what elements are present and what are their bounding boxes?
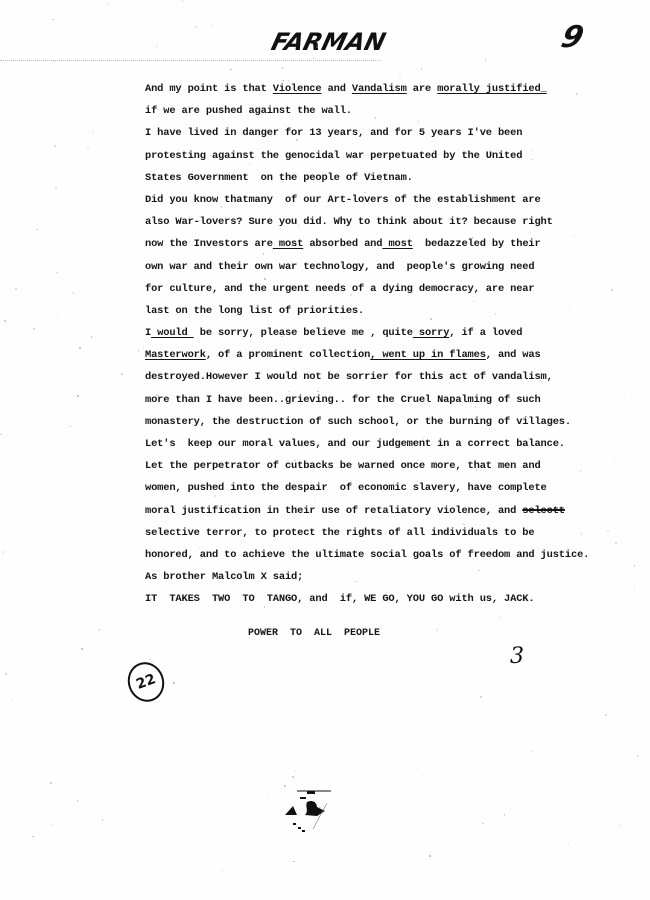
text-segment: monastery, the destruction of such schoo… [145,416,571,428]
noise-speck [121,373,123,375]
text-segment: now the Investors are [145,238,273,250]
noise-speck [338,280,340,282]
noise-speck [151,661,153,663]
text-segment: selective terror, to protect the rights … [145,527,534,539]
noise-speck [99,629,101,631]
noise-speck [313,57,315,59]
noise-speck [282,80,284,82]
noise-speck [15,288,17,290]
underlined-text: Violence [273,83,322,95]
noise-speck [264,278,266,280]
text-line: destroyed.However I would not be sorrier… [145,366,585,388]
noise-speck [87,146,89,148]
text-segment: and [321,83,351,95]
noise-speck [51,824,53,826]
text-segment: Let's keep our moral values, and our jud… [145,438,565,450]
noise-speck [318,373,320,375]
noise-speck [430,318,432,320]
text-line: Masterwork, of a prominent collection, w… [145,344,585,366]
noise-speck [0,434,2,436]
text-line: for culture, and the urgent needs of a d… [145,278,585,300]
noise-speck [574,235,576,237]
noise-speck [318,394,320,396]
text-line: if we are pushed against the wall. [145,100,585,122]
noise-speck [607,530,609,532]
noise-speck [53,61,55,63]
noise-speck [506,630,508,632]
noise-speck [77,395,79,397]
text-line: selective terror, to protect the rights … [145,522,585,544]
noise-speck [81,648,83,650]
noise-speck [70,425,72,427]
text-segment: destroyed.However I would not be sorrier… [145,371,553,383]
text-segment: , of a prominent collection [206,349,370,361]
noise-speck [615,542,617,544]
text-segment: Let the perpetrator of cutbacks be warne… [145,460,541,472]
noise-speck [149,659,151,661]
text-line: women, pushed into the despair of econom… [145,477,585,499]
noise-speck [50,782,52,784]
noise-speck [364,192,366,194]
text-segment: Did you know thatmany of our Art-lovers … [145,194,541,206]
noise-speck [499,617,501,619]
text-line: And my point is that Violence and Vandal… [145,78,585,100]
noise-speck [150,598,152,600]
noise-speck [138,350,140,352]
text-segment: I have lived in danger for 13 years, and… [145,127,522,139]
text-segment: protesting against the genocidal war per… [145,150,522,162]
noise-speck [282,67,284,69]
noise-speck [433,150,435,152]
text-segment: women, pushed into the despair of econom… [145,482,547,494]
noise-speck [156,45,158,47]
underlined-text: most [273,238,303,250]
document-page: FARMAN 9 And my point is that Violence a… [0,0,650,900]
noise-speck [634,586,636,588]
noise-speck [56,272,58,274]
noise-speck [576,93,578,95]
underlined-text: most [382,238,412,250]
text-segment: own war and their own war technology, an… [145,261,534,273]
noise-speck [350,294,352,296]
noise-speck [568,844,570,846]
noise-speck [421,68,423,70]
text-line: monastery, the destruction of such schoo… [145,411,585,433]
noise-speck [107,3,109,5]
text-line: As brother Malcolm X said; [145,566,585,588]
noise-speck [5,673,7,675]
noise-speck [463,524,465,526]
noise-speck [91,336,93,338]
noise-speck [293,861,295,863]
text-segment: if we are pushed against the wall. [145,105,352,117]
noise-speck [436,629,438,631]
noise-speck [355,581,357,583]
header-divider [0,60,380,61]
text-segment: , if a loved [449,327,522,339]
text-segment: also War-lovers? Sure you did. Why to th… [145,216,553,228]
text-segment: last on the long list of priorities. [145,305,364,317]
noise-speck [55,187,57,189]
handwritten-page-number: 9 [558,20,589,55]
text-line: more than I have been..grieving.. for th… [145,389,585,411]
noise-speck [267,796,269,798]
noise-speck [319,807,321,809]
text-segment: moral justification in their use of reta… [145,505,522,517]
text-segment: As brother Malcolm X said; [145,571,303,583]
noise-speck [532,750,534,752]
noise-speck [375,117,377,119]
noise-speck [281,336,283,338]
noise-speck [605,714,607,716]
noise-speck [33,328,35,330]
underlined-text: morally justified_ [437,83,547,95]
noise-speck [92,131,94,133]
underlined-text: sorry [413,327,450,339]
text-line: also War-lovers? Sure you did. Why to th… [145,211,585,233]
circled-number-text: 22 [134,671,158,693]
noise-speck [288,80,290,82]
noise-speck [32,836,34,838]
noise-speck [2,551,4,553]
noise-speck [475,406,477,408]
noise-speck [637,755,639,757]
noise-speck [504,814,506,816]
text-segment: bedazzeled by their [413,238,541,250]
noise-speck [77,800,79,802]
closing-slogan: POWER TO ALL PEOPLE [248,628,380,639]
text-segment: are [407,83,437,95]
text-line: moral justification in their use of reta… [145,500,585,522]
text-line: last on the long list of priorities. [145,300,585,322]
noise-speck [182,0,184,2]
noise-speck [429,855,431,857]
noise-speck [147,263,149,265]
text-segment: be sorry, please believe me , quite [194,327,413,339]
noise-speck [423,774,425,776]
text-segment: , and was [486,349,541,361]
struck-text: selectt [522,505,565,517]
noise-speck [222,870,224,872]
stamp-mark-icon [283,785,343,840]
noise-speck [156,394,158,396]
noise-speck [19,478,21,480]
noise-speck [476,469,478,471]
noise-speck [620,825,622,827]
text-line: I would be sorry, please believe me , qu… [145,322,585,344]
text-line: own war and their own war technology, an… [145,256,585,278]
handwritten-three: 3 [510,644,525,669]
noise-speck [365,813,367,815]
noise-speck [102,819,104,821]
noise-speck [212,24,214,26]
text-segment: absorbed and [303,238,382,250]
underlined-text: Vandalism [352,83,407,95]
text-segment: States Government on the people of Vietn… [145,172,413,184]
noise-speck [611,289,613,291]
noise-speck [57,314,59,316]
noise-speck [449,682,451,684]
text-segment: honored, and to achieve the ultimate soc… [145,549,589,561]
noise-speck [631,397,633,399]
text-line: protesting against the genocidal war per… [145,145,585,167]
noise-speck [569,307,571,309]
noise-speck [292,776,294,778]
noise-speck [316,46,318,48]
noise-speck [482,823,484,825]
noise-speck [634,565,636,567]
text-segment: IT TAKES TWO TO TANGO, and if, WE GO, YO… [145,593,534,605]
noise-speck [230,69,232,71]
noise-speck [317,391,319,393]
typed-body-text: And my point is that Violence and Vandal… [145,78,585,611]
text-segment: more than I have been..grieving.. for th… [145,394,541,406]
noise-speck [173,682,175,684]
text-segment: for culture, and the urgent needs of a d… [145,283,534,295]
noise-speck [495,313,497,315]
noise-speck [52,19,54,21]
underlined-text: would [151,327,194,339]
underlined-text: , went up in flames [370,349,486,361]
underlined-text: Masterwork [145,349,206,361]
text-line: honored, and to achieve the ultimate soc… [145,544,585,566]
noise-speck [195,26,197,28]
text-line: now the Investors are most absorbed and … [145,233,585,255]
noise-speck [36,229,38,231]
noise-speck [72,292,74,294]
noise-speck [296,139,298,141]
text-line: I have lived in danger for 13 years, and… [145,122,585,144]
text-line: Let the perpetrator of cutbacks be warne… [145,455,585,477]
noise-speck [284,785,286,787]
text-line: States Government on the people of Vietn… [145,167,585,189]
circled-number-annotation: 22 [122,657,170,707]
noise-speck [532,150,534,152]
text-line: IT TAKES TWO TO TANGO, and if, WE GO, YO… [145,588,585,610]
noise-speck [79,347,81,349]
noise-speck [4,320,6,322]
handwritten-name: FARMAN [269,28,389,56]
noise-speck [54,145,56,147]
noise-speck [485,59,487,61]
text-segment: And my point is that [145,83,273,95]
noise-speck [164,548,166,550]
noise-speck [11,700,13,702]
noise-speck [157,109,159,111]
noise-speck [480,696,482,698]
noise-speck [614,458,616,460]
noise-speck [300,111,302,113]
text-line: Let's keep our moral values, and our jud… [145,433,585,455]
noise-speck [295,770,297,772]
